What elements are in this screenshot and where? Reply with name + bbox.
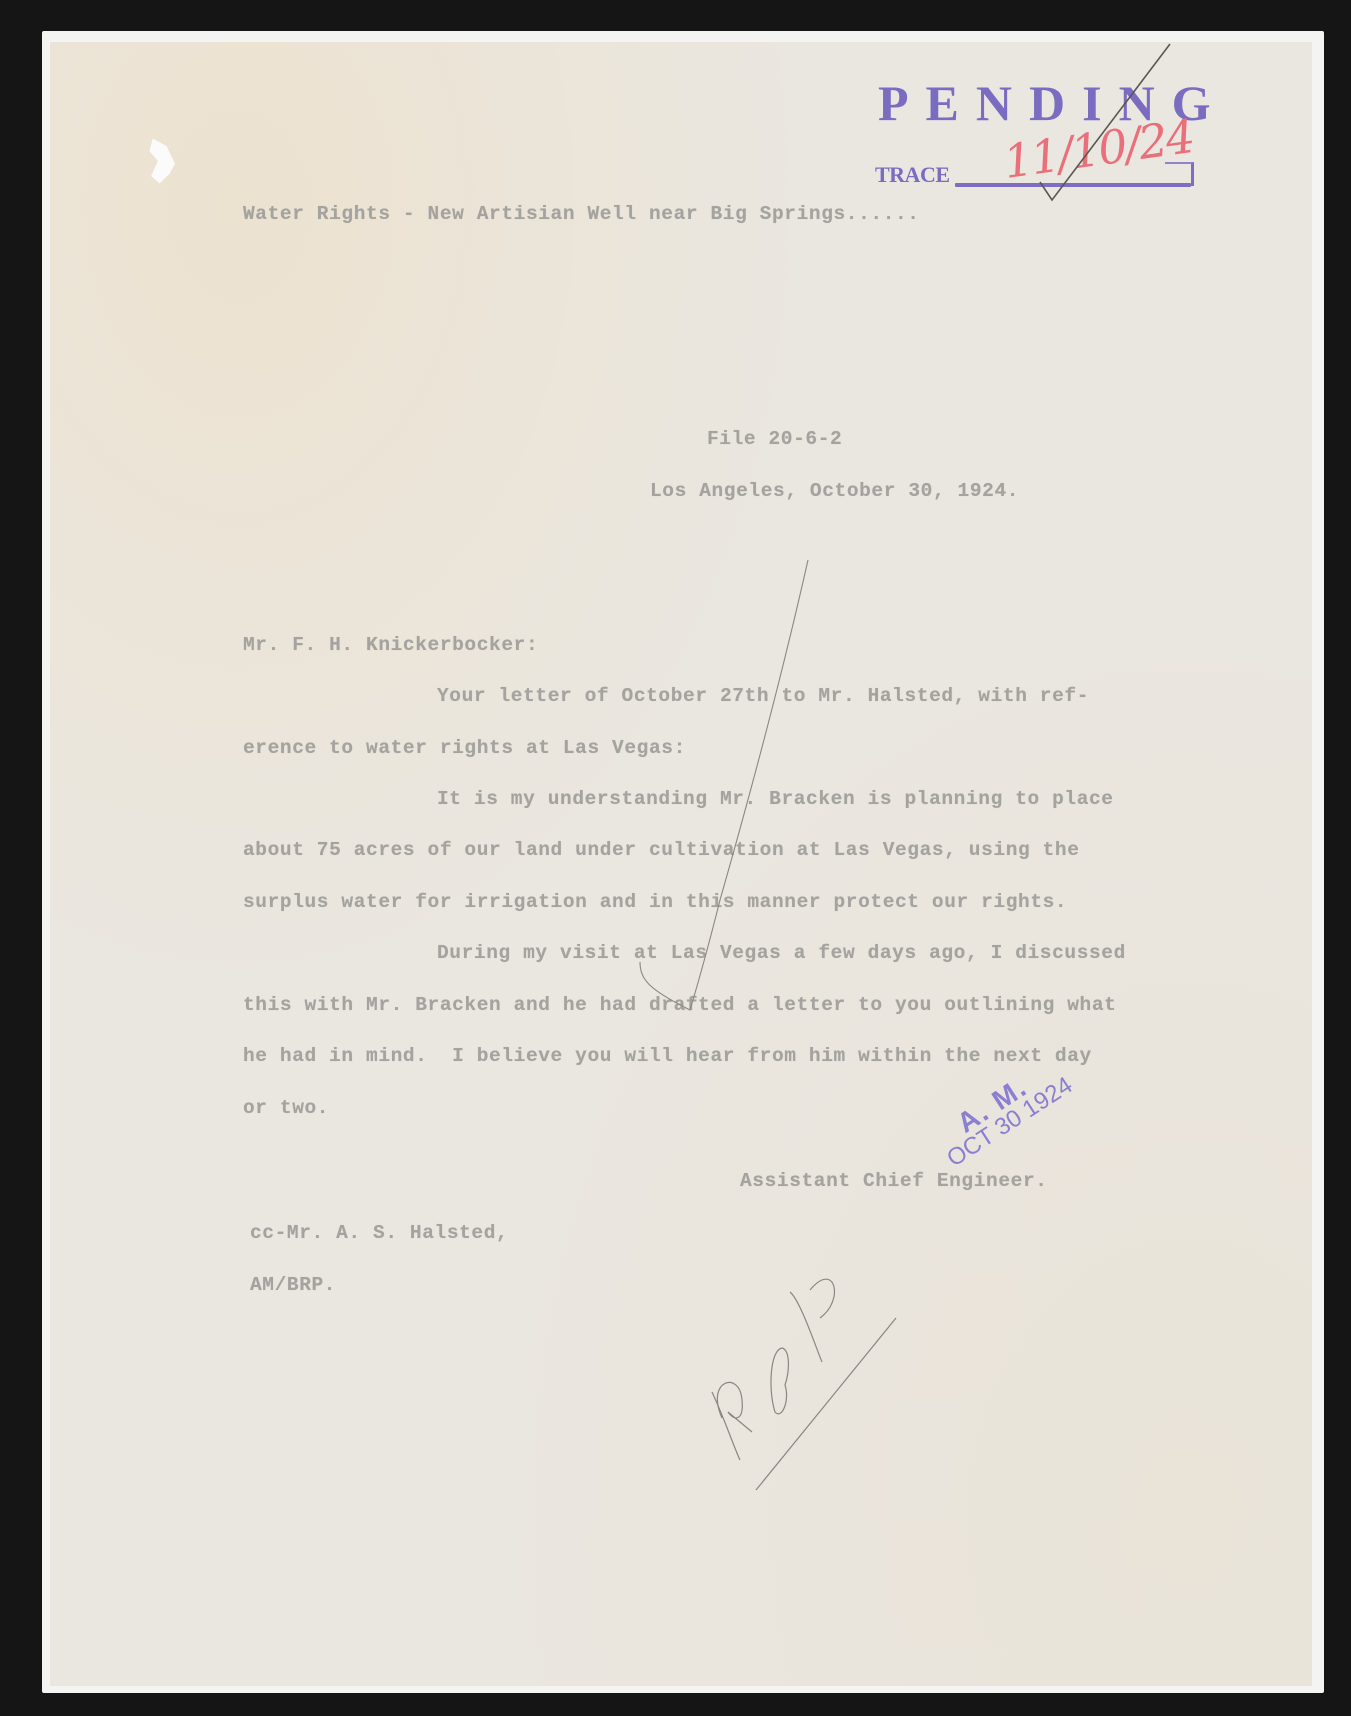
- pencil-marks: [0, 0, 1351, 1716]
- checkmark-icon: [1040, 44, 1170, 200]
- long-pencil-check-icon: [640, 560, 808, 1010]
- handwritten-initials-icon: [712, 1279, 896, 1490]
